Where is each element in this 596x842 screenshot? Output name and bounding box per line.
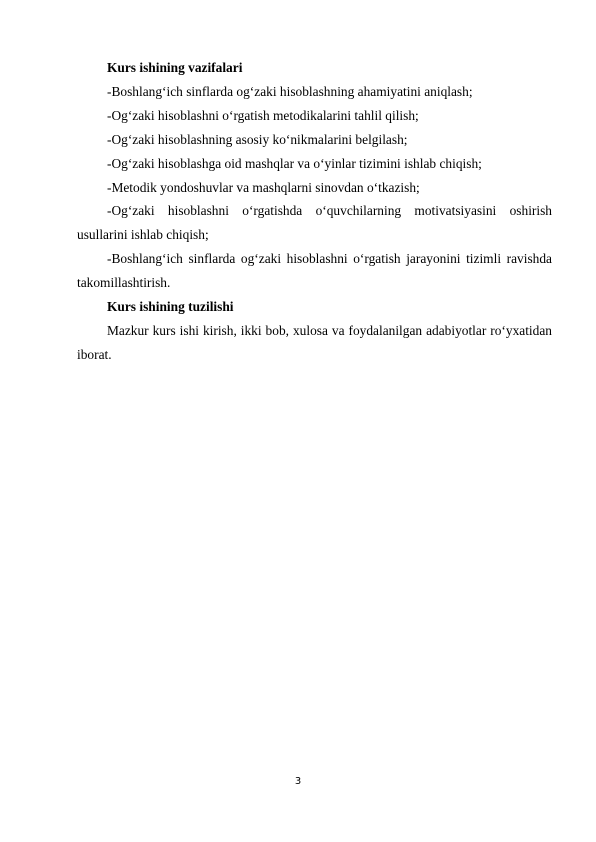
list-item: -Boshlang‘ich sinflarda og‘zaki hisoblas… — [77, 247, 552, 295]
list-item: -Og‘zaki hisoblashning asosiy ko‘nikmala… — [77, 128, 552, 152]
list-item: -Og‘zaki hisoblashga oid mashqlar va o‘y… — [77, 152, 552, 176]
page-number: 3 — [0, 776, 596, 787]
section-heading-tuzilishi: Kurs ishining tuzilishi — [77, 295, 552, 319]
document-page: Kurs ishining vazifalari -Boshlang‘ich s… — [77, 56, 552, 367]
body-paragraph: Mazkur kurs ishi kirish, ikki bob, xulos… — [77, 319, 552, 367]
list-item: -Og‘zaki hisoblashni o‘rgatishda o‘quvch… — [77, 199, 552, 247]
list-item: -Boshlang‘ich sinflarda og‘zaki hisoblas… — [77, 80, 552, 104]
list-item: -Metodik yondoshuvlar va mashqlarni sino… — [77, 176, 552, 200]
list-item: -Og‘zaki hisoblashni o‘rgatish metodikal… — [77, 104, 552, 128]
section-heading-vazifalari: Kurs ishining vazifalari — [77, 56, 552, 80]
